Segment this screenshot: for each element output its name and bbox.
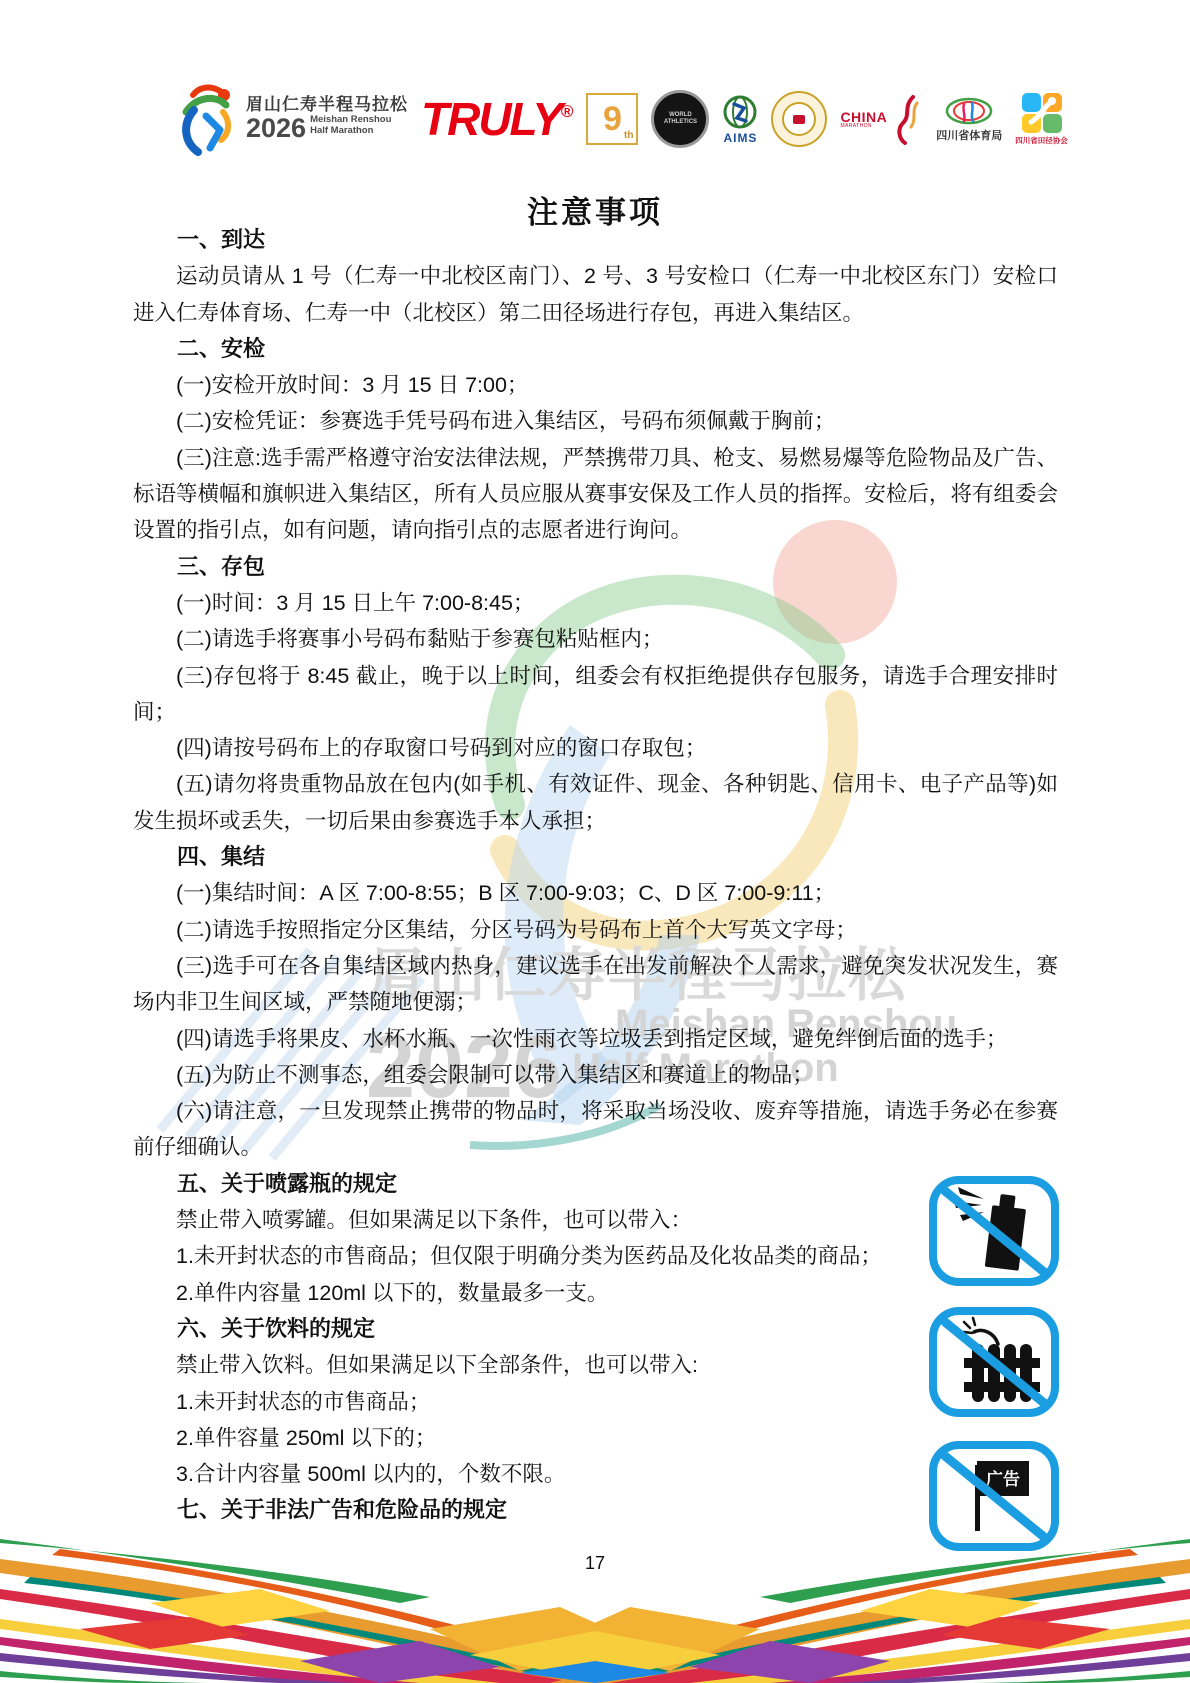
paragraph: (三)注意:选手需严格遵守治安法律法规，严禁携带刀具、枪支、易燃易爆等危险物品及… xyxy=(133,440,1058,549)
world-athletics-platinum-label-badge: WORLD ATHLETICS xyxy=(651,90,709,148)
section: 一、到达运动员请从 1 号（仁寿一中北校区南门）、2 号、3 号安检口（仁寿一中… xyxy=(133,222,1058,331)
registered-mark: ® xyxy=(561,102,574,121)
paragraph: 禁止带入饮料。但如果满足以下全部条件，也可以带入: xyxy=(133,1347,1058,1383)
china-marathon-label: CHINA xyxy=(840,110,887,124)
truly-sponsor-logo: TRULY® xyxy=(421,96,573,142)
sichuan-athletics-association-badge: 四川省田径协会 xyxy=(1015,92,1068,146)
ninth-edition-number: 9 xyxy=(603,102,622,136)
section: 六、关于饮料的规定禁止带入饮料。但如果满足以下全部条件，也可以带入:1.未开封状… xyxy=(133,1311,1058,1492)
paragraph: (五)请勿将贵重物品放在包内(如手机、有效证件、现金、各种钥匙、信用卡、电子产品… xyxy=(133,766,1058,839)
no-advertisement-flag-icon: 广告 xyxy=(928,1440,1060,1552)
sections: 一、到达运动员请从 1 号（仁寿一中北校区南门）、2 号、3 号安检口（仁寿一中… xyxy=(133,222,1058,1529)
chinese-athletics-association-badge xyxy=(771,91,827,147)
ad-flag-label: 广告 xyxy=(986,1469,1020,1489)
paragraph: (三)存包将于 8:45 截止，晚于以上时间，组委会有权拒绝提供存包服务，请选手… xyxy=(133,658,1058,731)
section-heading: 六、关于饮料的规定 xyxy=(133,1311,1058,1347)
paragraph: (二)安检凭证：参赛选手凭号码布进入集结区，号码布须佩戴于胸前； xyxy=(133,403,1058,439)
sichuan-athletics-association-label: 四川省田径协会 xyxy=(1015,135,1068,146)
no-spray-bottle-icon xyxy=(928,1175,1060,1287)
paragraph: 2.单件容量 250ml 以下的； xyxy=(133,1420,1058,1456)
section-heading: 五、关于喷露瓶的规定 xyxy=(133,1166,1058,1202)
page-number: 17 xyxy=(0,1553,1190,1574)
sichuan-athletics-association-icon xyxy=(1021,92,1063,134)
section-heading: 四、集结 xyxy=(133,839,1058,875)
event-subtitle-en-1: Meishan Renshou xyxy=(310,114,391,125)
sichuan-sports-bureau-badge: 四川省体育局 xyxy=(936,96,1002,143)
paragraph: (五)为防止不测事态，组委会限制可以带入集结区和赛道上的物品； xyxy=(133,1057,1058,1093)
paragraph: 运动员请从 1 号（仁寿一中北校区南门）、2 号、3 号安检口（仁寿一中北校区东… xyxy=(133,258,1058,331)
event-subtitle-en-2: Half Marathon xyxy=(310,125,373,136)
event-logo: 眉山仁寿半程马拉松 2026 Meishan Renshou Half Mara… xyxy=(168,82,408,156)
paragraph: (一)集结时间：A 区 7:00-8:55；B 区 7:00-9:03；C、D … xyxy=(133,875,1058,911)
ninth-edition-badge: 9 th xyxy=(586,93,638,145)
document-page: 眉山仁寿半程马拉松 Meishan Renshou 2026 Half Mara… xyxy=(0,0,1190,1683)
paragraph: (一)安检开放时间：3 月 15 日 7:00； xyxy=(133,367,1058,403)
event-title-cn: 眉山仁寿半程马拉松 xyxy=(246,96,408,114)
section-heading: 二、安检 xyxy=(133,331,1058,367)
section-heading: 七、关于非法广告和危险品的规定 xyxy=(133,1492,1058,1528)
sichuan-sports-bureau-label: 四川省体育局 xyxy=(936,127,1002,143)
paragraph: 禁止带入喷雾罐。但如果满足以下条件，也可以带入： xyxy=(133,1202,1058,1238)
paragraph: 1.未开封状态的市售商品； xyxy=(133,1384,1058,1420)
event-runner-icon xyxy=(168,82,242,156)
section-heading: 三、存包 xyxy=(133,549,1058,585)
paragraph: (二)请选手按照指定分区集结，分区号码为号码布上首个大写英文字母； xyxy=(133,912,1058,948)
paragraph: (六)请注意，一旦发现禁止携带的物品时，将采取当场没收、废弃等措施，请选手务必在… xyxy=(133,1093,1058,1166)
paragraph: 1.未开封状态的市售商品；但仅限于明确分类为医药品及化妆品类的商品； xyxy=(133,1238,1058,1274)
ninth-edition-suffix: th xyxy=(624,130,633,141)
section: 四、集结(一)集结时间：A 区 7:00-8:55；B 区 7:00-9:03；… xyxy=(133,839,1058,1166)
section: 七、关于非法广告和危险品的规定 xyxy=(133,1492,1058,1528)
sichuan-sports-bureau-icon xyxy=(944,96,994,126)
aims-globe-icon xyxy=(722,94,758,130)
china-marathon-runner-icon xyxy=(889,93,923,145)
section-heading: 一、到达 xyxy=(133,222,1058,258)
paragraph: 2.单件内容量 120ml 以下的，数量最多一支。 xyxy=(133,1275,1058,1311)
paragraph: (二)请选手将赛事小号码布黏贴于参赛包粘贴框内； xyxy=(133,621,1058,657)
section: 五、关于喷露瓶的规定禁止带入喷雾罐。但如果满足以下条件，也可以带入：1.未开封状… xyxy=(133,1166,1058,1311)
section: 三、存包(一)时间：3 月 15 日上午 7:00-8:45；(二)请选手将赛事… xyxy=(133,549,1058,839)
event-logo-text: 眉山仁寿半程马拉松 2026 Meishan Renshou Half Mara… xyxy=(246,96,408,143)
no-bottled-drinks-icon xyxy=(928,1306,1060,1418)
section: 二、安检(一)安检开放时间：3 月 15 日 7:00；(二)安检凭证：参赛选手… xyxy=(133,331,1058,549)
paragraph: 3.合计内容量 500ml 以内的，个数不限。 xyxy=(133,1456,1058,1492)
paragraph: (三)选手可在各自集结区域内热身，建议选手在出发前解决个人需求，避免突发状况发生… xyxy=(133,948,1058,1021)
china-marathon-badge: CHINA MARATHON xyxy=(840,93,923,145)
event-year: 2026 xyxy=(246,115,306,142)
aims-label: AIMS xyxy=(723,131,757,145)
header-logo-strip: 眉山仁寿半程马拉松 2026 Meishan Renshou Half Mara… xyxy=(168,74,1068,164)
paragraph: (四)请按号码布上的存取窗口号码到对应的窗口存取包； xyxy=(133,730,1058,766)
china-marathon-sub: MARATHON xyxy=(840,124,887,129)
paragraph: (一)时间：3 月 15 日上午 7:00-8:45； xyxy=(133,585,1058,621)
paragraph: (四)请选手将果皮、水杯水瓶、一次性雨衣等垃圾丢到指定区域，避免绊倒后面的选手； xyxy=(133,1021,1058,1057)
aims-badge: AIMS xyxy=(722,94,758,145)
